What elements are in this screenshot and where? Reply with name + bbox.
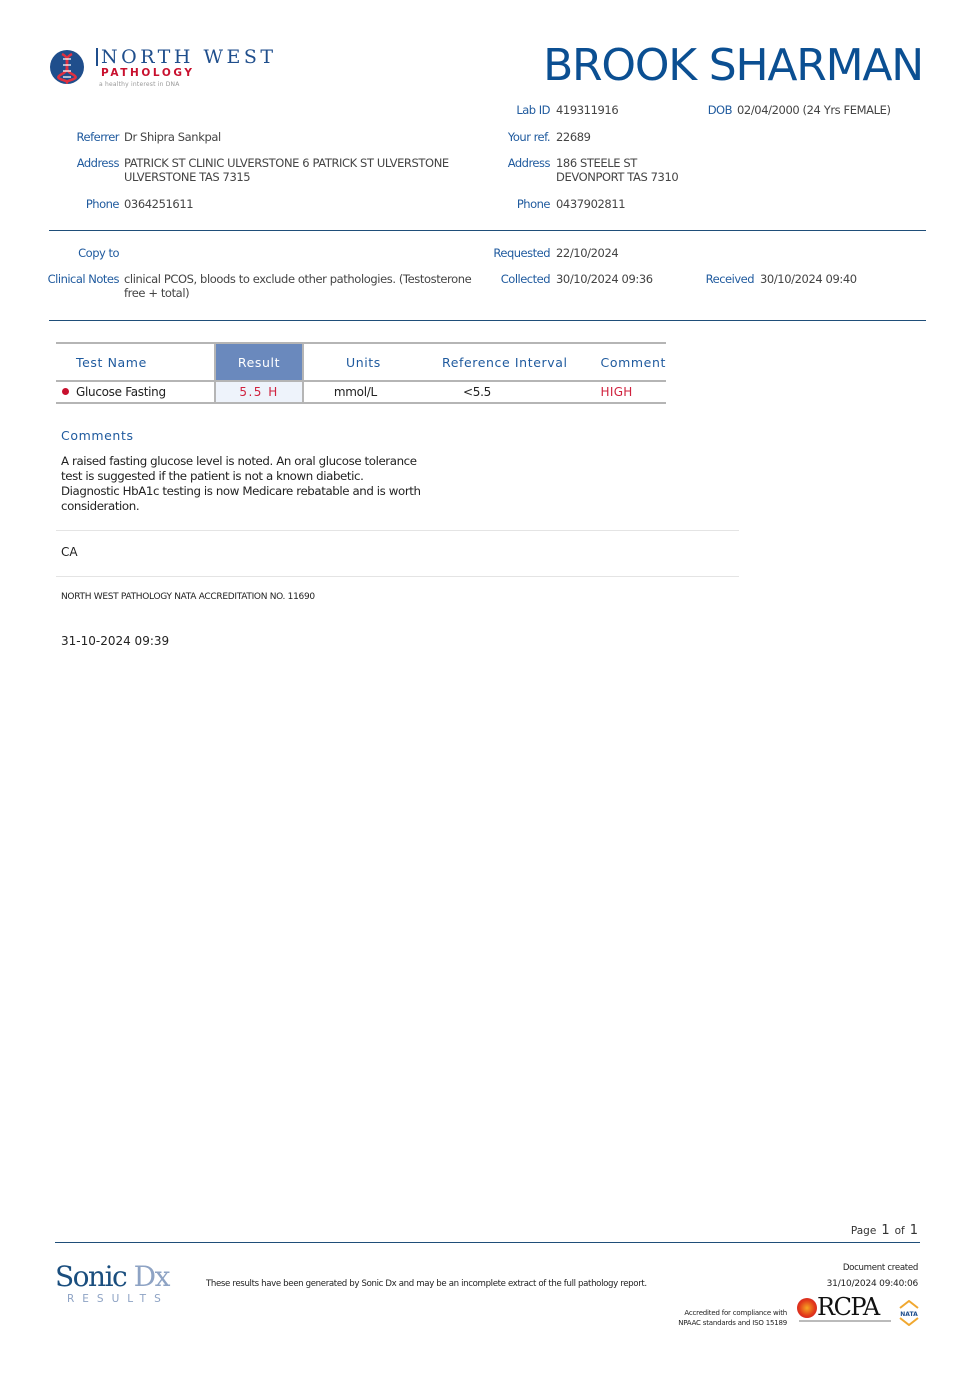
referrer-phone-value: 0364251611 (124, 197, 193, 211)
collected-label: Collected (470, 272, 550, 286)
document-created-value: 31/10/2024 09:40:06 (827, 1279, 918, 1289)
page-of: of (895, 1225, 905, 1237)
page-number: Page1of1 (851, 1223, 918, 1238)
page-current: 1 (881, 1223, 889, 1238)
comments-body: A raised fasting glucose level is noted.… (61, 454, 441, 514)
lab-id-value: 419311916 (556, 103, 618, 117)
referrer-address-line1: PATRICK ST CLINIC ULVERSTONE 6 PATRICK S… (124, 156, 449, 170)
npaac-line1: Accredited for compliance with (678, 1308, 787, 1318)
requested-value: 22/10/2024 (556, 246, 618, 260)
table-row: Glucose Fasting 5.5 H mmol/L <5.5 HIGH (56, 381, 666, 403)
comment-value: HIGH (587, 381, 666, 403)
divider (49, 230, 926, 231)
header-comment: Comment (587, 343, 666, 381)
divider (49, 320, 926, 321)
rcpa-logo: RCPA (797, 1297, 893, 1327)
patient-address-label: Address (480, 156, 550, 170)
brand-tagline: a healthy interest in DNA (99, 81, 180, 88)
dob-value: 02/04/2000 (24 Yrs FEMALE) (737, 103, 891, 117)
received-label: Received (680, 272, 754, 286)
document-created-label: Document created (843, 1263, 918, 1273)
footer-divider (55, 1242, 920, 1243)
rcpa-text: RCPA (817, 1293, 879, 1321)
clinical-notes-line2: free + total) (124, 286, 471, 300)
header-test-name: Test Name (56, 343, 215, 381)
patient-phone-value: 0437902811 (556, 197, 625, 211)
npaac-line2: NPAAC standards and ISO 15189 (678, 1318, 787, 1328)
dx-word: Dx (134, 1260, 169, 1293)
copy-to-label: Copy to (40, 246, 119, 260)
rcpa-subtitle-line (799, 1320, 891, 1322)
test-name: Glucose Fasting (76, 385, 166, 399)
accreditation-text: NORTH WEST PATHOLOGY NATA ACCREDITATION … (61, 592, 315, 602)
reference-interval-value: <5.5 (423, 381, 587, 403)
referrer-address: PATRICK ST CLINIC ULVERSTONE 6 PATRICK S… (124, 156, 449, 184)
sonic-results-word: RESULTS (67, 1293, 169, 1305)
collected-value: 30/10/2024 09:36 (556, 272, 653, 286)
results-table: Test Name Result Units Reference Interva… (56, 342, 666, 404)
clinical-notes: clinical PCOS, bloods to exclude other p… (124, 272, 471, 300)
results-header-row: Test Name Result Units Reference Interva… (56, 343, 666, 381)
page-total: 1 (910, 1223, 918, 1238)
dob-label: DOB (680, 103, 732, 117)
sonic-dx-logo: Sonic Dx RESULTS (55, 1261, 190, 1307)
clinical-notes-label: Clinical Notes (40, 272, 119, 286)
patient-name: BROOK SHARMAN (543, 40, 923, 92)
comment-line: Diagnostic HbA1c testing is now Medicare… (61, 484, 441, 499)
referrer-label: Referrer (40, 130, 119, 144)
referrer-address-line2: ULVERSTONE TAS 7315 (124, 170, 449, 184)
referrer-name: Dr Shipra Sankpal (124, 130, 221, 144)
patient-address-line1: 186 STEELE ST (556, 156, 678, 170)
referrer-phone-label: Phone (40, 197, 119, 211)
npaac-accreditation: Accredited for compliance with NPAAC sta… (678, 1308, 787, 1328)
brand-line1: NORTH WEST (96, 48, 277, 66)
patient-address: 186 STEELE ST DEVONPORT TAS 7310 (556, 156, 678, 184)
header-units: Units (303, 343, 423, 381)
north-west-pathology-logo: NORTH WEST PATHOLOGY a healthy interest … (50, 48, 280, 92)
brand-line2: PATHOLOGY (101, 67, 195, 79)
sonic-word: Sonic (55, 1260, 126, 1293)
dna-helix-icon (50, 50, 84, 84)
comment-line: test is suggested if the patient is not … (61, 469, 441, 484)
clinical-notes-line1: clinical PCOS, bloods to exclude other p… (124, 272, 471, 286)
your-ref-value: 22689 (556, 130, 591, 144)
header-result: Result (215, 343, 303, 381)
your-ref-label: Your ref. (480, 130, 550, 144)
divider (56, 530, 739, 531)
referrer-address-label: Address (40, 156, 119, 170)
signoff-initials: CA (61, 545, 78, 559)
header-reference-interval: Reference Interval (423, 343, 587, 381)
nata-text: NATA (900, 1311, 918, 1318)
patient-phone-label: Phone (480, 197, 550, 211)
page-label: Page (851, 1225, 876, 1237)
requested-label: Requested (470, 246, 550, 260)
units-value: mmol/L (303, 381, 423, 403)
divider (56, 576, 739, 577)
comment-line: consideration. (61, 499, 441, 514)
test-name-cell: Glucose Fasting (56, 381, 215, 403)
abnormal-flag-icon (62, 388, 69, 395)
rcpa-emblem-icon (797, 1298, 817, 1318)
received-value: 30/10/2024 09:40 (760, 272, 857, 286)
lab-id-label: Lab ID (480, 103, 550, 117)
disclaimer-text: These results have been generated by Son… (206, 1279, 647, 1289)
comment-line: A raised fasting glucose level is noted.… (61, 454, 441, 469)
patient-address-line2: DEVONPORT TAS 7310 (556, 170, 678, 184)
printed-timestamp: 31-10-2024 09:39 (61, 634, 169, 648)
nata-logo-icon: NATA (898, 1300, 920, 1326)
comments-title: Comments (61, 428, 134, 443)
result-value: 5.5 H (215, 381, 303, 403)
